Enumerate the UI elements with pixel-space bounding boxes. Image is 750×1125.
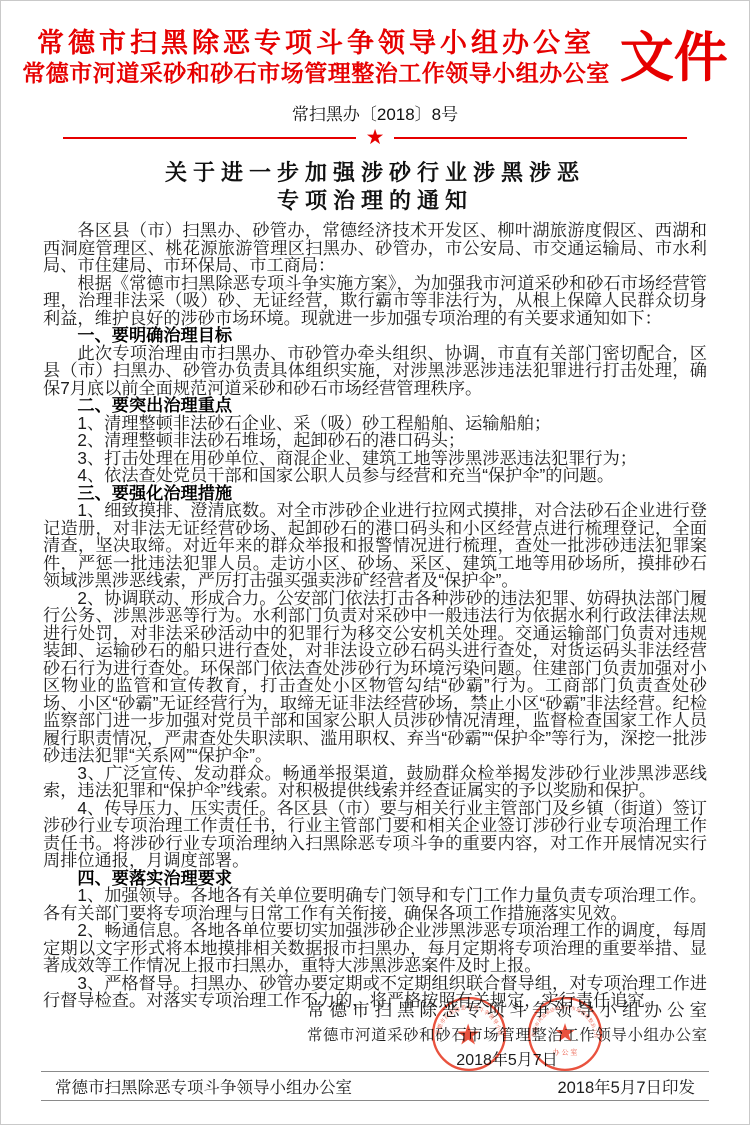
section-paragraph: 2、畅通信息。各地各单位要切实加强涉砂企业涉黑涉恶专项治理工作的调度，每周定期以… bbox=[43, 922, 707, 975]
recipients-paragraph: 各区县（市）扫黑办、砂管办，常德经济技术开发区、柳叶湖旅游度假区、西湖和西洞庭管… bbox=[43, 222, 707, 275]
document-page: 常德市扫黑除恶专项斗争领导小组办公室 常德市河道采砂和砂石市场管理整治工作领导小… bbox=[0, 0, 750, 1125]
seal-right-star-icon bbox=[555, 1023, 574, 1041]
section-heading: 二、要突出治理重点 bbox=[43, 397, 707, 415]
letterhead: 常德市扫黑除恶专项斗争领导小组办公室 常德市河道采砂和砂石市场管理整治工作领导小… bbox=[1, 27, 749, 89]
section-paragraph: 4、依法查处党员干部和国家公职人员参与经营和充当“保护伞”的问题。 bbox=[43, 467, 707, 485]
document-title: 关于进一步加强涉砂行业涉黑涉恶 专项治理的通知 bbox=[1, 159, 749, 215]
red-divider: ★ bbox=[63, 131, 687, 145]
red-divider-line-left bbox=[63, 137, 356, 139]
red-divider-line-right bbox=[394, 137, 687, 139]
letterhead-org-names: 常德市扫黑除恶专项斗争领导小组办公室 常德市河道采砂和砂石市场管理整治工作领导小… bbox=[22, 27, 610, 89]
section-paragraph: 3、广泛宣传、发动群众。畅通举报渠道，鼓励群众检举揭发涉砂行业涉黑涉恶线索，违法… bbox=[43, 765, 707, 800]
star-icon: ★ bbox=[356, 131, 395, 145]
section-heading: 一、要明确治理目标 bbox=[43, 327, 707, 345]
seal-left-star-icon bbox=[457, 1023, 479, 1044]
sections-container: 一、要明确治理目标此次专项治理由市扫黑办、市砂管办牵头组织、协调，市直有关部门密… bbox=[43, 327, 707, 1010]
document-title-line2: 专项治理的通知 bbox=[1, 187, 749, 215]
intro-paragraph: 根据《常德市扫黑除恶专项斗争实施方案》，为加强我市河道采砂和砂石市场经营管理，治… bbox=[43, 275, 707, 328]
footer: 常德市扫黑除恶专项斗争领导小组办公室 2018年5月7日印发 bbox=[41, 1071, 709, 1101]
official-seal-right: 常德市河道采砂和砂石市场管理整治工作领导小组 办 公 室 bbox=[526, 995, 604, 1073]
letterhead-org-line2: 常德市河道采砂和砂石市场管理整治工作领导小组办公室 bbox=[22, 59, 610, 89]
footer-print-date: 2018年5月7日印发 bbox=[557, 1074, 695, 1098]
section-paragraph: 4、传导压力、压实责任。各区县（市）要与相关行业主管部门及乡镇（街道）签订涉砂行… bbox=[43, 800, 707, 870]
section-paragraph: 1、加强领导。各地各有关单位要明确专门领导和专门工作力量负责专项治理工作。各有关… bbox=[43, 887, 707, 922]
document-body: 各区县（市）扫黑办、砂管办，常德经济技术开发区、柳叶湖旅游度假区、西湖和西洞庭管… bbox=[1, 222, 749, 1010]
footer-issuing-office: 常德市扫黑除恶专项斗争领导小组办公室 bbox=[55, 1074, 352, 1098]
document-number: 常扫黑办〔2018〕8号 bbox=[1, 105, 749, 125]
section-paragraph: 此次专项治理由市扫黑办、市砂管办牵头组织、协调，市直有关部门密切配合，区县（市）… bbox=[43, 345, 707, 398]
document-title-line1: 关于进一步加强涉砂行业涉黑涉恶 bbox=[1, 159, 749, 187]
seal-right-bottom-text: 办 公 室 bbox=[553, 1047, 578, 1056]
section-paragraph: 2、协调联动、形成合力。公安部门依法打击各种涉砂的违法犯罪、妨碍执法部门履行公务… bbox=[43, 590, 707, 765]
letterhead-doc-type: 文件 bbox=[620, 30, 728, 86]
section-paragraph: 1、细致摸排、澄清底数。对全市涉砂企业进行拉网式摸排，对合法砂石企业进行登记造册… bbox=[43, 502, 707, 590]
official-seal-left: 常德市扫黑除恶专项斗争领导小组办公室 bbox=[430, 995, 508, 1073]
section-paragraph: 2、清理整顿非法砂石堆场，起卸砂石的港口码头； bbox=[43, 432, 707, 450]
letterhead-org-line1: 常德市扫黑除恶专项斗争领导小组办公室 bbox=[37, 27, 595, 59]
